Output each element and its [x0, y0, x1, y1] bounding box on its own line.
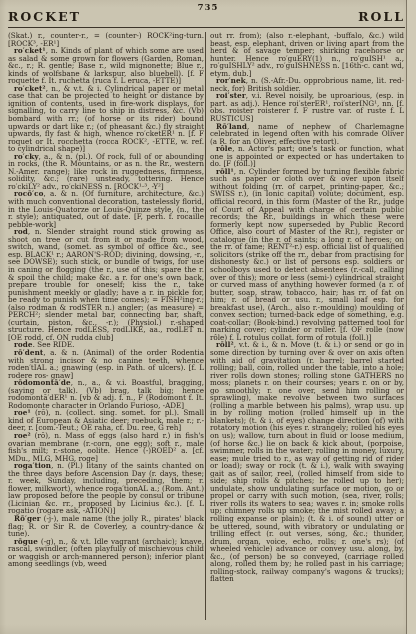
dictionary-entry: Rō′land, name of nephew of Charlemagne c…	[210, 123, 404, 146]
dictionary-page: ROCKET ROLL 735 (Skat.) r., counter-r., …	[0, 0, 416, 634]
page-edge-line	[406, 0, 407, 634]
dictionary-entry: rōll², v.t. & i., & n. Move (t. & i.) or…	[210, 341, 404, 583]
headword: rōll²	[216, 340, 234, 349]
dictionary-entry: rod, n. Slender straight round stick gro…	[8, 228, 204, 341]
continuation-paragraph: (Skat.) r., counter-r., = (counter-) ROC…	[8, 32, 204, 47]
headword: ro′cket²	[14, 84, 46, 93]
dictionary-entry: rō′dent, a. & n. (Animal) of the order R…	[8, 349, 204, 379]
dictionary-entry: ro′cket², n., & v.t. & i. Cylindrical pa…	[8, 85, 204, 153]
dictionary-column-right: out rr. from); (also r.-elephant, -buffa…	[205, 32, 404, 620]
headword: rocō′co	[14, 189, 44, 198]
headword: rōll¹	[216, 167, 234, 176]
dictionary-entry: rōll¹, n. Cylinder formed by turning fle…	[210, 168, 404, 342]
dictionary-entry: ro′cky, a., & n. (pl.). Of rock, full of…	[8, 153, 204, 191]
dictionary-entry: rōgue (-g), n., & v.t. Idle vagrant (arc…	[8, 538, 204, 568]
headword: ror′nek	[216, 76, 246, 85]
dictionary-entry: Rō′ger (-j-), male name (the jolly R., p…	[8, 515, 204, 538]
dictionary-entry: rôle, n. Actor's part; one's task or fun…	[210, 145, 404, 168]
headword: Rō′ger	[14, 514, 41, 523]
headword: rod	[14, 227, 28, 236]
continuation-paragraph: out rr. from); (also r.-elephant, -buffa…	[210, 32, 404, 77]
headword: rôle	[216, 144, 232, 153]
dictionary-entry: roga′tion, n. (Pl.) litany of the saints…	[8, 462, 204, 515]
headword: ro′cky	[14, 152, 39, 161]
headword: rōgue	[14, 537, 38, 546]
dictionary-entry: roe² (rō), n. Mass of eggs (also hard r.…	[8, 432, 204, 462]
dictionary-entry: roe¹ (rō), n. (collect. sing. somet. for…	[8, 409, 204, 432]
page-number: 735	[0, 3, 416, 13]
page-margin-strip	[407, 0, 416, 634]
dictionary-entry: roi′ster, v.i. Revel noisily, be uproari…	[210, 92, 404, 122]
dictionary-entry: rocō′co, a. & n. (Of furniture, architec…	[8, 190, 204, 228]
headword: rōdomontā′de	[14, 378, 71, 387]
dictionary-entry: ror′nek, n. (S.-Afr.-Du. opprobrious nam…	[210, 77, 404, 92]
headword: roga′tion	[14, 461, 51, 470]
headword: roe¹	[14, 408, 31, 417]
header-rule	[8, 27, 405, 28]
headword: roi′ster	[216, 91, 246, 100]
headword: rō′dent	[14, 348, 43, 357]
dictionary-entry: rōdomontā′de, n., a., & v.i. Boastful, b…	[8, 379, 204, 409]
headword: Rō′land	[216, 122, 247, 131]
dictionary-entry: ro′cket¹, n. Kinds of plant of which som…	[8, 47, 204, 85]
text-columns: (Skat.) r., counter-r., = (counter-) ROC…	[8, 32, 405, 620]
dictionary-column-left: (Skat.) r., counter-r., = (counter-) ROC…	[8, 32, 204, 620]
headword: roe²	[14, 431, 31, 440]
headword: ro′cket¹	[14, 46, 46, 55]
